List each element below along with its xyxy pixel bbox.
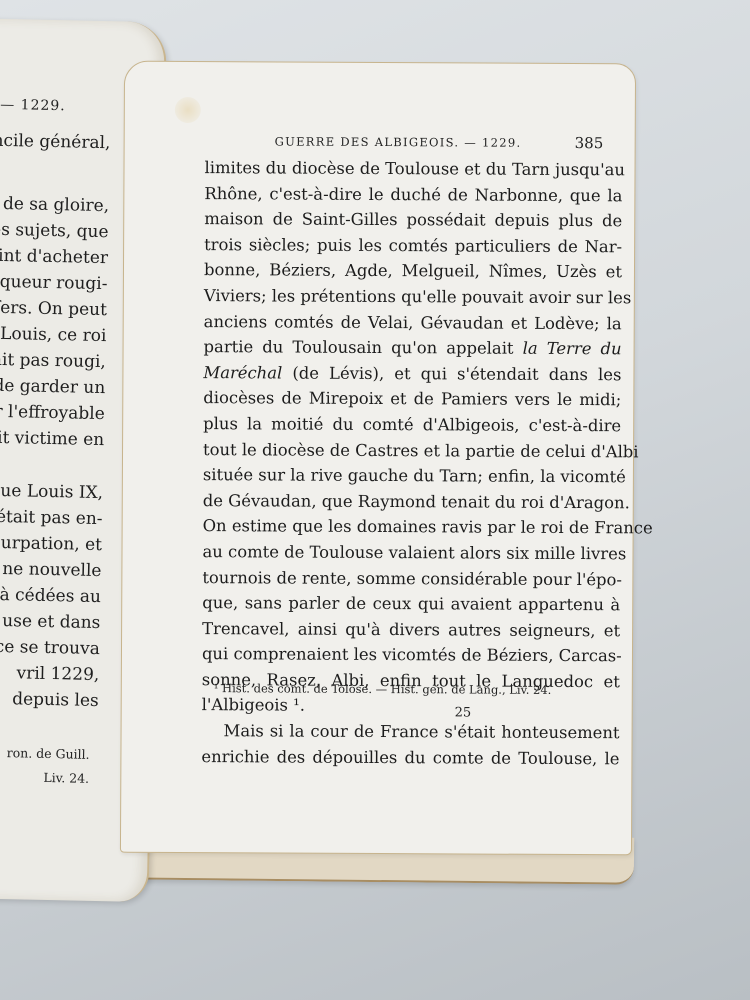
footnote: ¹ Hist. des comt. de Tolose. — Hist. gén… <box>214 681 552 697</box>
text-line: Maréchal (de Lévis), et qui s'étendait d… <box>203 360 621 388</box>
left-line: ainqueur rougi- <box>0 271 108 294</box>
text-fragment: (de Lévis), et qui s'étendait dans les <box>292 363 621 384</box>
text-line: enrichie des dépouilles du comte de Toul… <box>201 744 619 772</box>
text-line: partie du Toulousain qu'on appelait la T… <box>204 334 622 362</box>
signature-mark: 25 <box>455 705 472 720</box>
left-line: urpation, et <box>1 533 103 555</box>
left-line: e ses sujets, que <box>0 219 109 242</box>
left-footnote: ron. de Guill. <box>7 745 90 762</box>
text-line: qui comprenaient les vicomtés de Béziers… <box>202 641 620 669</box>
left-line: 'était pas en- <box>0 507 103 529</box>
italic-place-name: Maréchal <box>203 363 282 382</box>
page-number: 385 <box>575 134 604 152</box>
left-line: ue Louis IX, <box>0 481 103 503</box>
text-line: tout le diocèse de Castres et la partie … <box>203 437 621 465</box>
left-line: e concile général, <box>0 130 111 153</box>
left-line: ueur, de sa gloire, <box>0 193 109 216</box>
foxing-stain <box>175 97 201 123</box>
left-line: 'ait pas rougi, <box>0 350 106 372</box>
left-line: à cédées au <box>0 585 101 607</box>
text-line: limites du diocèse de Toulouse et du Tar… <box>204 155 622 183</box>
left-line: er l'effroyable <box>0 402 105 425</box>
text-line: On estime que les domaines ravis par le … <box>203 513 621 541</box>
italic-place-name: la Terre du <box>523 339 622 359</box>
text-line: trois siècles; puis les comtés particuli… <box>204 232 622 260</box>
text-line: bonne, Béziers, Agde, Melgueil, Nîmes, U… <box>204 257 622 285</box>
book-photo-scene: — 1229. e concile général, ueur, de sa g… <box>0 0 750 1000</box>
left-line: traint d'acheter <box>0 245 108 268</box>
text-line: anciens comtés de Velai, Gévaudan et Lod… <box>204 309 622 337</box>
text-line: Rhône, c'est-à-dire le duché de Narbonne… <box>204 181 622 209</box>
left-running-head: — 1229. <box>0 97 66 114</box>
text-line: au comte de Toulouse valaient alors six … <box>202 539 620 567</box>
left-footnote: Liv. 24. <box>43 770 89 786</box>
left-line: t Louis, ce roi <box>0 324 107 346</box>
left-line: depuis les <box>12 689 99 711</box>
text-line: maison de Saint-Gilles possédait depuis … <box>204 206 622 234</box>
left-line: es fers. On peut <box>0 297 107 320</box>
text-line: l'Albigeois ¹. <box>202 693 620 721</box>
body-text: limites du diocèse de Toulouse et du Tar… <box>201 155 622 771</box>
right-page: GUERRE DES ALBIGEOIS. — 1229. 385 limite… <box>120 61 636 856</box>
text-line: Mais si la cour de France s'était honteu… <box>202 718 620 746</box>
text-fragment: partie du Toulousain qu'on appelait <box>204 337 514 358</box>
text-line: plus la moitié du comté d'Albigeois, c'e… <box>203 411 621 439</box>
text-line: que, sans parler de ceux qui avaient app… <box>202 590 620 618</box>
text-line: Trencavel, ainsi qu'à divers autres seig… <box>202 616 620 644</box>
left-line: ce se trouva <box>0 637 100 659</box>
text-line: située sur la rive gauche du Tarn; enfin… <box>203 462 621 490</box>
left-line: use et dans <box>2 611 101 633</box>
running-head: GUERRE DES ALBIGEOIS. — 1229. <box>275 134 522 149</box>
left-line: ait victime en <box>0 428 104 450</box>
text-line: Viviers; les prétentions qu'elle pouvait… <box>204 283 622 311</box>
left-line: de garder un <box>0 376 105 398</box>
left-line: ne nouvelle <box>2 559 102 581</box>
text-line: tournois de rente, somme considérable po… <box>202 565 620 593</box>
text-line: de Gévaudan, que Raymond tenait du roi d… <box>203 488 621 516</box>
text-line: diocèses de Mirepoix et de Pamiers vers … <box>203 385 621 413</box>
left-line: vril 1229, <box>16 663 99 685</box>
